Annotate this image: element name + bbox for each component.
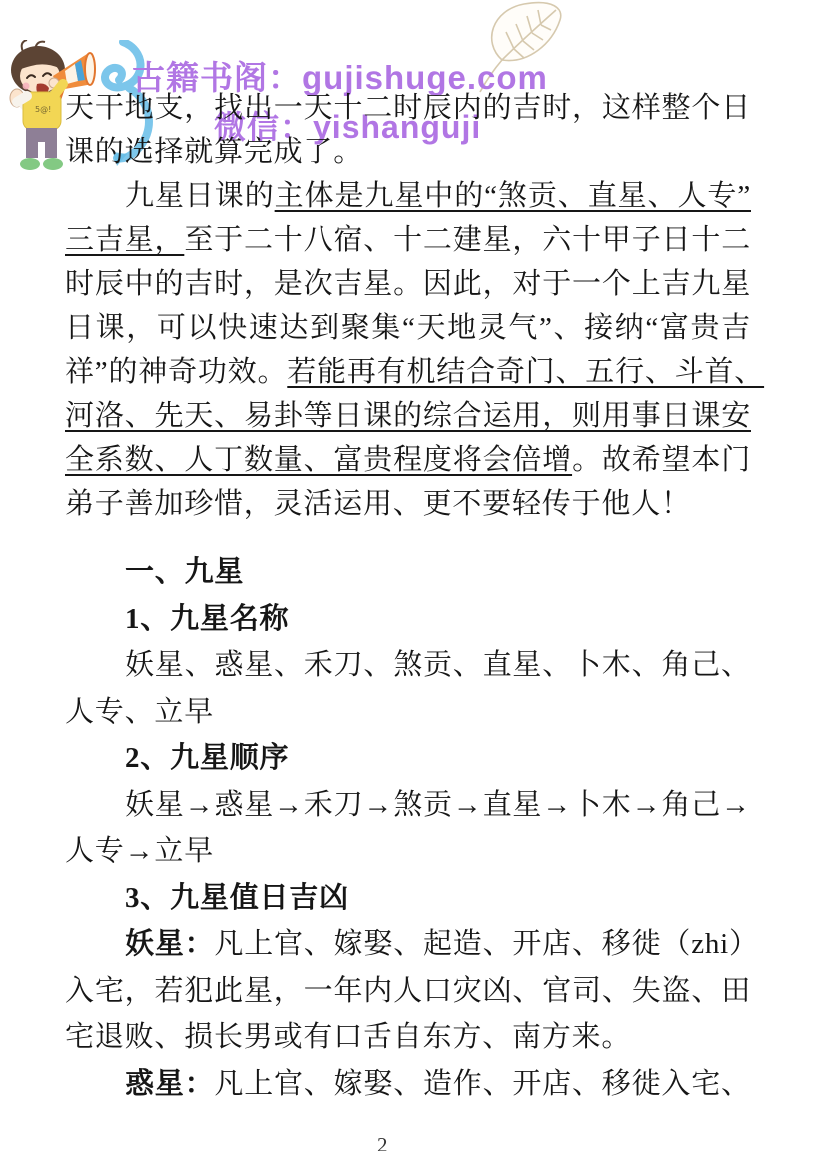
text-run: 课的选择就算完成了。 bbox=[65, 136, 363, 168]
underlined-text-run: 全系数、人丁数量、富贵程度将会倍增 bbox=[65, 444, 572, 476]
text-run: 至于二十八宿、十二建星，六十甲子日十二 bbox=[184, 224, 751, 256]
text-run: 凡上官、嫁娶、起造、开店、移徙（zhi） bbox=[214, 928, 758, 960]
heading-nine-stars: 一、九星 bbox=[65, 549, 751, 596]
heading-star-luck: 3、九星值日吉凶 bbox=[65, 875, 751, 922]
underlined-text-run: 河洛、先天、易卦等日课的综合运用，则用事日课安 bbox=[65, 400, 751, 432]
text-line: 祥”的神奇功效。若能再有机结合奇门、五行、斗首、 bbox=[65, 350, 751, 394]
heading-text: 3、九星值日吉凶 bbox=[125, 882, 349, 914]
underlined-text-run: 三吉星， bbox=[65, 224, 184, 256]
text-block-top: 天干地支，找出一天十二时辰内的吉时，这样整个日 课的选择就算完成了。 九星日课的… bbox=[65, 86, 751, 526]
text-line: 人专→立早 bbox=[65, 828, 751, 875]
text-line: 全系数、人丁数量、富贵程度将会倍增。故希望本门 bbox=[65, 438, 751, 482]
heading-text: 2、九星顺序 bbox=[125, 742, 289, 774]
text-run: 入宅，若犯此星，一年内人口灾凶、官司、失盗、田 bbox=[65, 975, 751, 1007]
heading-star-names: 1、九星名称 bbox=[65, 596, 751, 643]
text-line: 三吉星，至于二十八宿、十二建星，六十甲子日十二 bbox=[65, 218, 751, 262]
text-block-bottom: 一、九星 1、九星名称 妖星、惑星、禾刀、煞贡、直星、卜木、角己、 人专、立早 … bbox=[65, 549, 751, 1107]
underlined-text-run: 主体是九星中的“煞贡、直星、人专” bbox=[275, 180, 751, 212]
text-run: 妖星→惑星→禾刀→煞贡→直星→卜木→角己→ bbox=[125, 789, 751, 821]
underlined-text-run: 若能再有机结合奇门、五行、斗首、 bbox=[287, 356, 764, 388]
text-line: 妖星、惑星、禾刀、煞贡、直星、卜木、角己、 bbox=[65, 642, 751, 689]
page-number: 2 bbox=[377, 1133, 388, 1151]
text-line: 宅退败、损长男或有口舌自东方、南方来。 bbox=[65, 1014, 751, 1061]
text-line: 课的选择就算完成了。 bbox=[65, 130, 751, 174]
heading-text: 一、九星 bbox=[125, 556, 244, 588]
text-run: 祥”的神奇功效。 bbox=[65, 356, 287, 388]
text-run: 弟子善加珍惜，灵活运用、更不要轻传于他人！ bbox=[65, 488, 691, 520]
heading-star-order: 2、九星顺序 bbox=[65, 735, 751, 782]
text-line: 妖星→惑星→禾刀→煞贡→直星→卜木→角己→ bbox=[65, 782, 751, 829]
text-run: 人专→立早 bbox=[65, 835, 214, 867]
term-label: 妖星： bbox=[125, 928, 214, 960]
text-run: 天干地支，找出一天十二时辰内的吉时，这样整个日 bbox=[65, 92, 751, 124]
text-run: 时辰中的吉时，是次吉星。因此，对于一个上吉九星 bbox=[65, 268, 751, 300]
text-run: 。故希望本门 bbox=[572, 444, 751, 476]
heading-text: 1、九星名称 bbox=[125, 603, 289, 635]
text-line: 人专、立早 bbox=[65, 689, 751, 736]
text-run: 妖星、惑星、禾刀、煞贡、直星、卜木、角己、 bbox=[125, 649, 751, 681]
text-run: 宅退败、损长男或有口舌自东方、南方来。 bbox=[65, 1021, 631, 1053]
document-page: 5@! 古籍书阁：gujishuge.com 微信：yishanguji 天干地… bbox=[0, 0, 827, 1151]
text-line: 日课，可以快速达到聚集“天地灵气”、接纳“富贵吉 bbox=[65, 306, 751, 350]
term-label: 惑星： bbox=[125, 1068, 214, 1100]
text-line: 惑星：凡上官、嫁娶、造作、开店、移徙入宅、 bbox=[65, 1061, 751, 1108]
text-line: 时辰中的吉时，是次吉星。因此，对于一个上吉九星 bbox=[65, 262, 751, 306]
text-run: 九星日课的 bbox=[125, 180, 275, 212]
text-line: 入宅，若犯此星，一年内人口灾凶、官司、失盗、田 bbox=[65, 968, 751, 1015]
text-line: 妖星：凡上官、嫁娶、起造、开店、移徙（zhi） bbox=[65, 921, 751, 968]
text-line: 天干地支，找出一天十二时辰内的吉时，这样整个日 bbox=[65, 86, 751, 130]
text-line: 九星日课的主体是九星中的“煞贡、直星、人专” bbox=[65, 174, 751, 218]
svg-text:5@!: 5@! bbox=[35, 105, 51, 114]
text-run: 凡上官、嫁娶、造作、开店、移徙入宅、 bbox=[214, 1068, 750, 1100]
text-run: 日课，可以快速达到聚集“天地灵气”、接纳“富贵吉 bbox=[65, 312, 751, 344]
text-line: 河洛、先天、易卦等日课的综合运用，则用事日课安 bbox=[65, 394, 751, 438]
mascot-body: 5@! bbox=[17, 84, 63, 170]
text-line: 弟子善加珍惜，灵活运用、更不要轻传于他人！ bbox=[65, 482, 751, 526]
text-run: 人专、立早 bbox=[65, 696, 214, 728]
